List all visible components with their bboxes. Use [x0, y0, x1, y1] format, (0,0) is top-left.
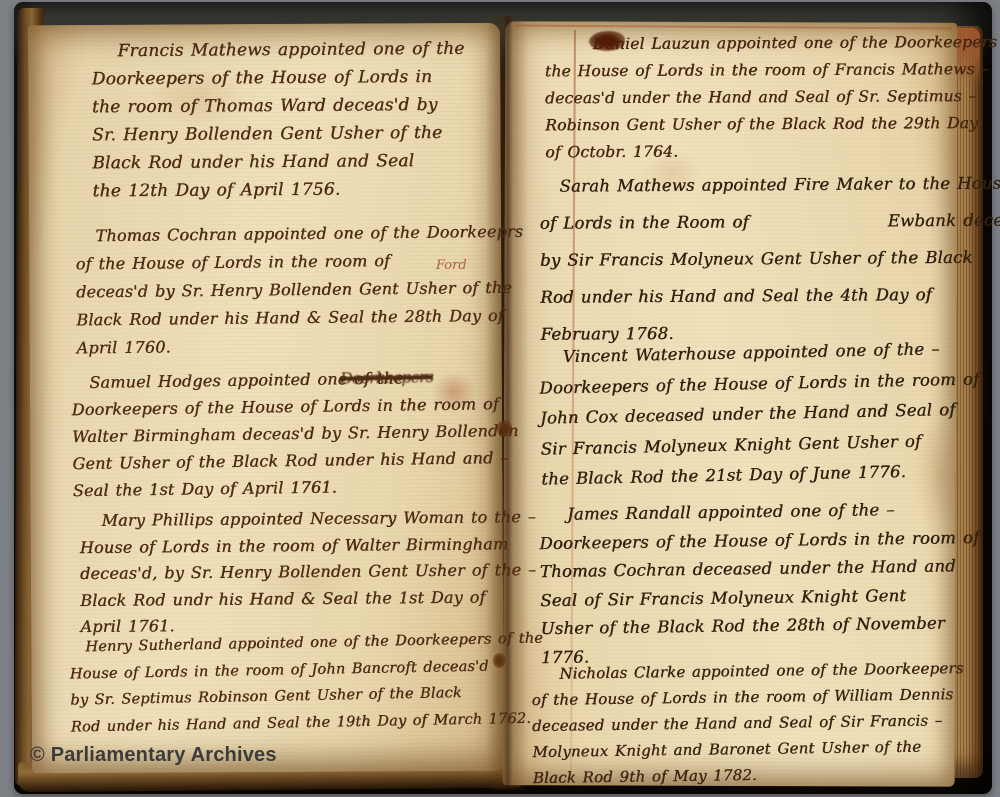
credit-watermark: © Parliamentary Archives [30, 744, 277, 767]
entry-text: Thomas Cochran appointed one of the Door… [75, 218, 524, 363]
entry-text: Francis Mathews appointed one of the Doo… [91, 35, 465, 206]
entry-text: Henry Sutherland appointed one of the Do… [69, 625, 545, 740]
manuscript-entry-daniel-lauzun: Daniel Lauzun appointed one of the Doork… [545, 30, 1000, 165]
entry-text: Nicholas Clarke appointed one of the Doo… [531, 655, 965, 791]
entry-text: Samuel Hodges appointed one of the Doork… [71, 363, 519, 504]
manuscript-entry-henry-sutherland: Henry Sutherland appointed one of the Do… [70, 630, 544, 736]
entry-text: Sarah Mathews appointed Fire Maker to th… [539, 164, 1000, 352]
manuscript-entry-francis-mathews: Francis Mathews appointed one of the Doo… [92, 36, 465, 204]
manuscript-entry-nicholas-clarke: Nicholas Clarke appointed one of the Doo… [532, 658, 964, 788]
manuscript-entry-vincent-waterhouse: Vincent Waterhouse appointed one of the … [540, 338, 980, 491]
struck-out-word: Doorkeepers [340, 363, 433, 392]
manuscript-entry-mary-phillips: Mary Phillips appointed Necessary Woman … [80, 506, 536, 639]
manuscript-entry-sarah-mathews: Sarah Mathews appointed Fire Maker to th… [540, 166, 1000, 351]
manuscript-entry-samuel-hodges: Samuel Hodges appointed one of the Doork… [72, 366, 519, 501]
entry-text: Mary Phillips appointed Necessary Woman … [79, 504, 536, 640]
entry-text: James Randall appointed one of the – Doo… [539, 495, 981, 672]
photo-background: Francis Mathews appointed one of the Doo… [0, 0, 1000, 797]
entry-text: Vincent Waterhouse appointed one of the … [538, 333, 981, 495]
manuscript-entry-james-randall: James Randall appointed one of the – Doo… [540, 498, 980, 669]
manuscript-entry-thomas-cochran: Thomas Cochran appointed one of the Door… [76, 220, 524, 360]
ink-blot [589, 31, 625, 51]
marginal-inserted-name: Ford [436, 252, 467, 280]
